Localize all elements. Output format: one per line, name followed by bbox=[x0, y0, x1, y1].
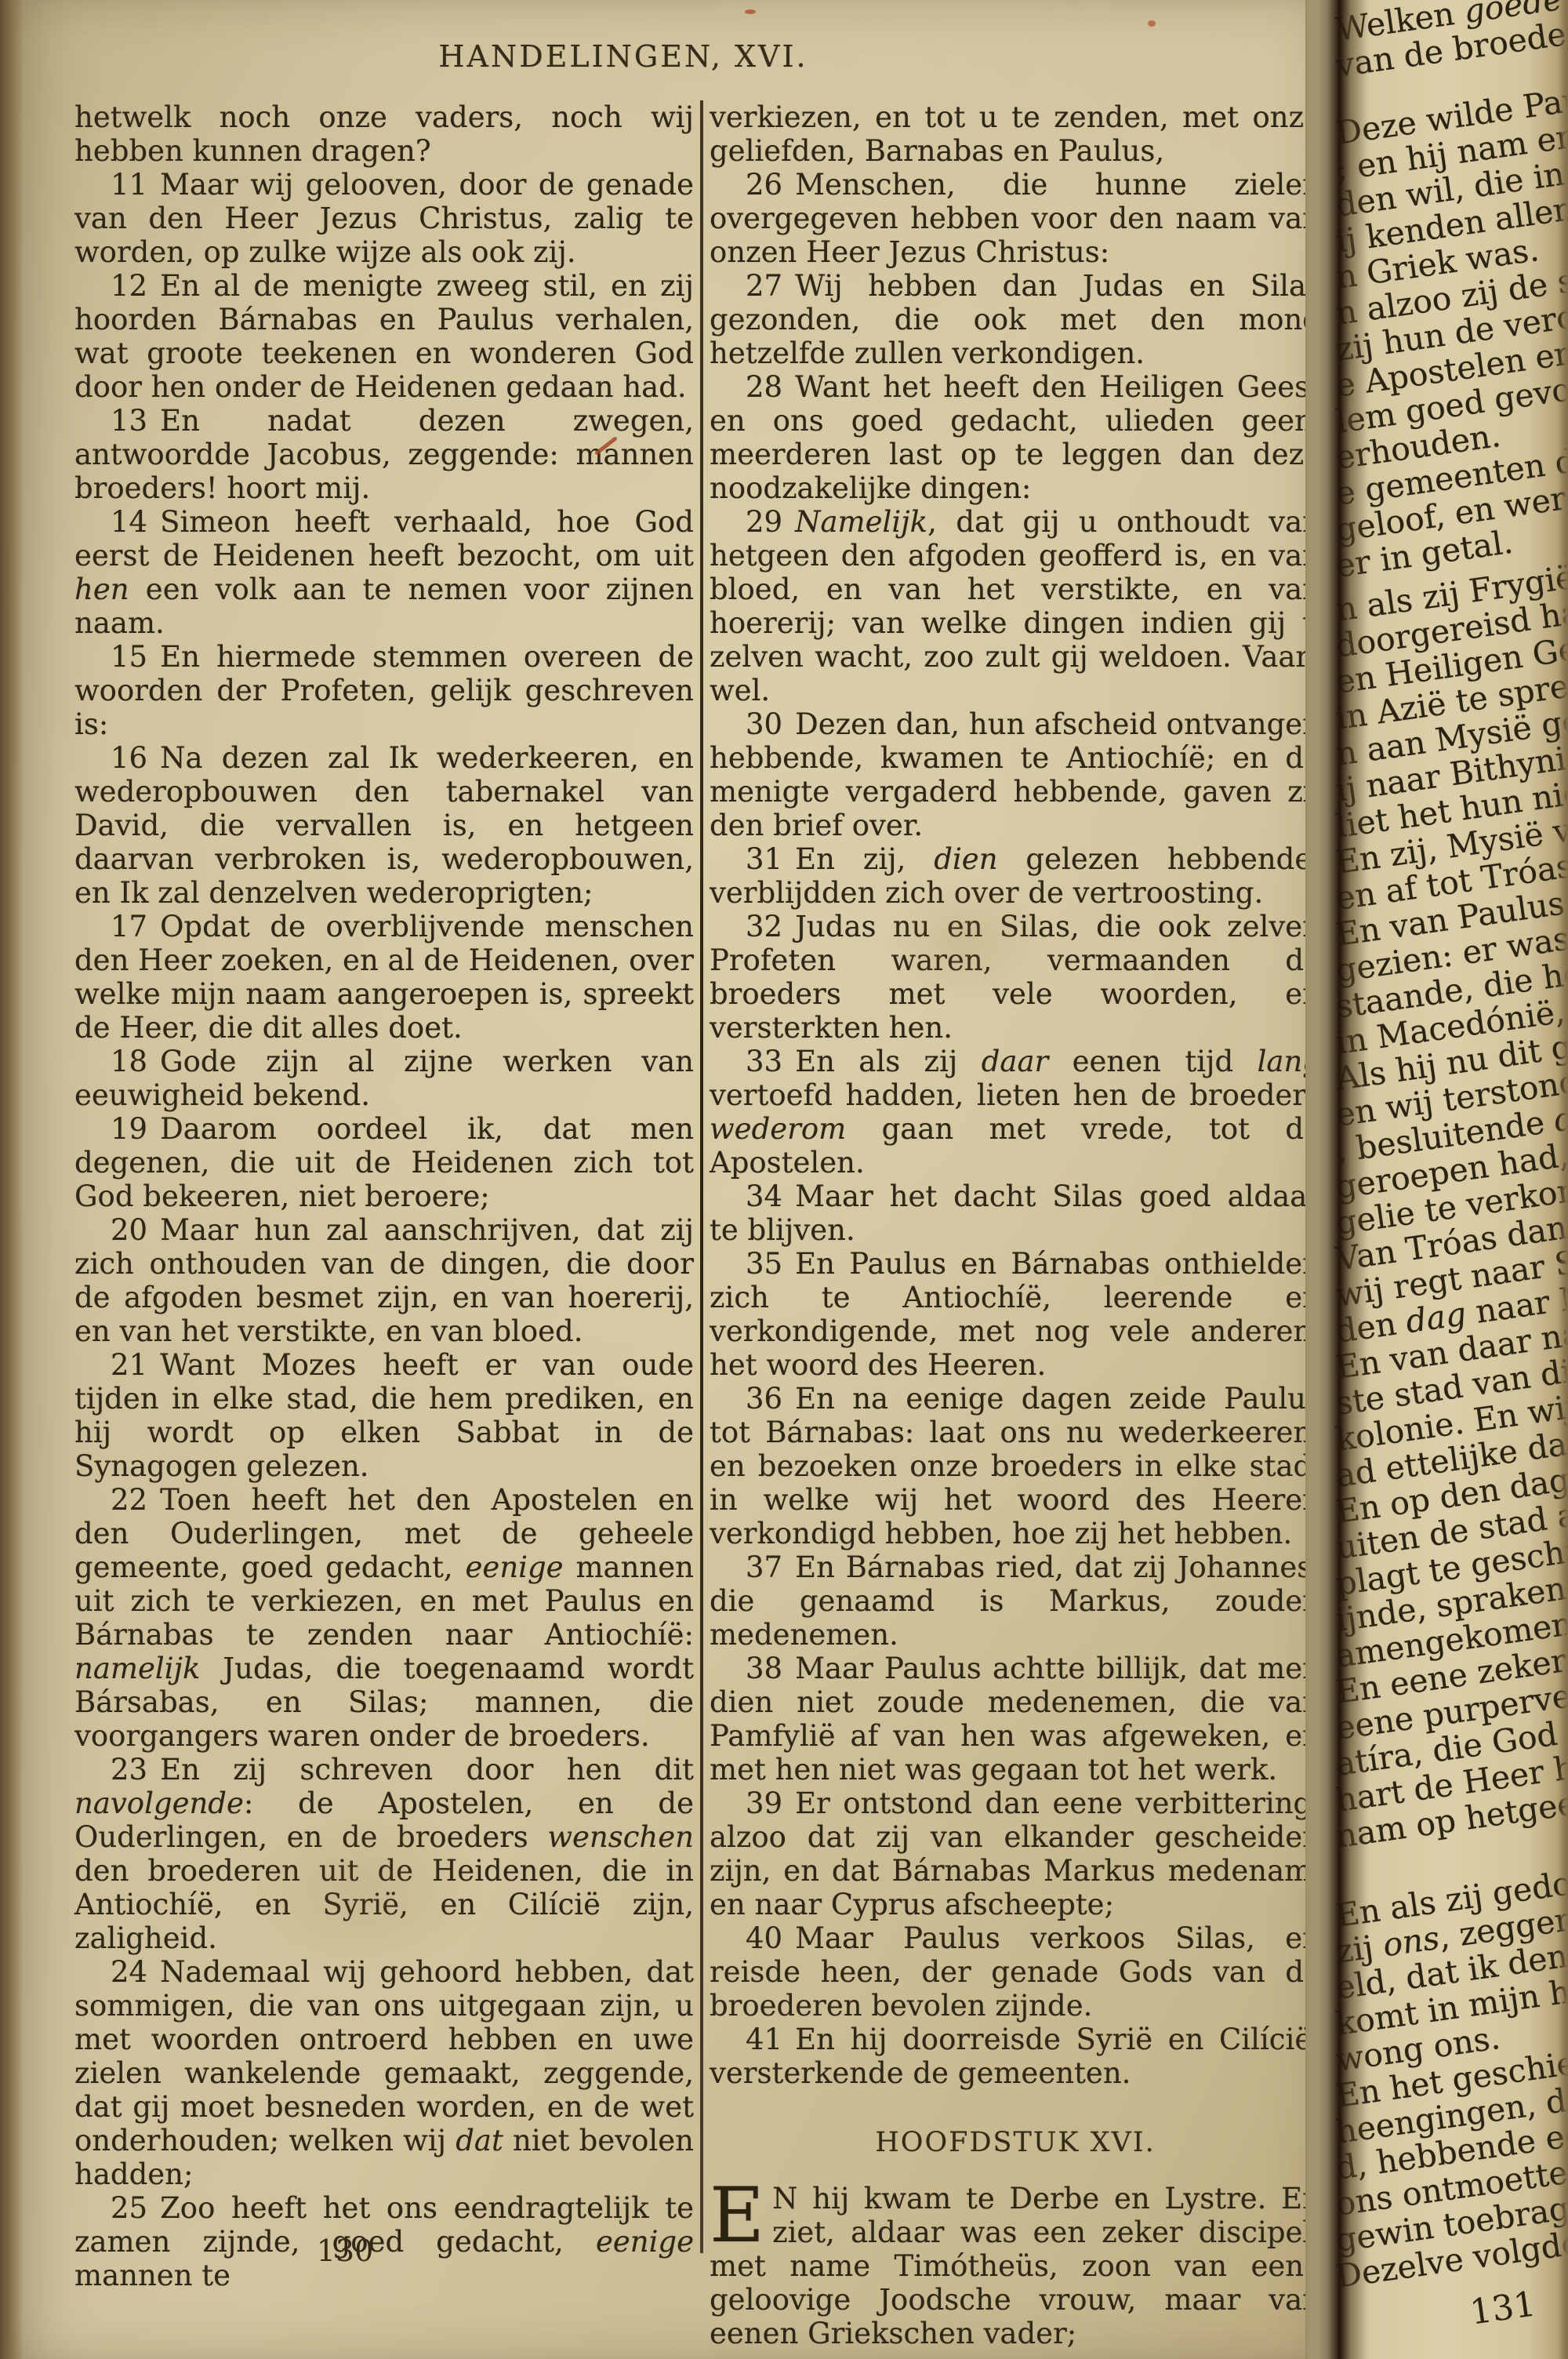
verse-text: Daarom oordeel ik, dat men degenen, die … bbox=[74, 1112, 694, 1213]
left-page: HANDELINGEN, XVI. hetwelk noch onze vade… bbox=[0, 0, 1333, 2359]
verse-text: Dezen dan, hun afscheid ontvangen hebben… bbox=[710, 707, 1321, 842]
verse-number: 18 bbox=[111, 1045, 160, 1078]
verse-continuation: verkiezen, en tot u te zenden, met onze … bbox=[710, 100, 1321, 168]
page-header: HANDELINGEN, XVI. bbox=[0, 39, 1247, 74]
verse-text: Nademaal wij gehoord hebben, dat sommige… bbox=[74, 1955, 694, 2191]
verse-number: 31 bbox=[746, 842, 795, 876]
verse-number: 17 bbox=[111, 910, 160, 943]
verse-number: 30 bbox=[746, 707, 795, 741]
verse-text: Maar het dacht Silas goed aldaar te blij… bbox=[710, 1179, 1321, 1247]
verse-15: 15En hiermede stemmen overeen de woorden… bbox=[74, 640, 694, 741]
scan-left-edge bbox=[0, 0, 24, 2359]
verse-text: En Bárnabas ried, dat zij Johannes, die … bbox=[710, 1550, 1321, 1652]
verse-number: 40 bbox=[746, 1921, 795, 1955]
verse-text: Maar wij gelooven, door de genade van de… bbox=[74, 168, 694, 269]
text-column-right: verkiezen, en tot u te zenden, met onze … bbox=[710, 100, 1321, 2350]
verse-number: 33 bbox=[746, 1045, 795, 1078]
verse-text: Namelijk, dat gij u onthoudt van hetgeen… bbox=[710, 505, 1321, 707]
verse-12: 12En al de menigte zweeg stil, en zij ho… bbox=[74, 269, 694, 404]
verse-text: Want Mozes heeft er van oude tijden in e… bbox=[74, 1348, 694, 1483]
verse-28: 28Want het heeft den Heiligen Geest en o… bbox=[710, 370, 1321, 505]
verse-text: Opdat de overblijvende menschen den Heer… bbox=[74, 910, 694, 1045]
verse-27: 27Wij hebben dan Judas en Silas gezonden… bbox=[710, 269, 1321, 370]
drop-cap-letter: E bbox=[710, 2182, 772, 2246]
verse-number: 24 bbox=[111, 1955, 160, 1989]
verse-text: Simeon heeft verhaald, hoe God eerst de … bbox=[74, 505, 694, 640]
verse-number: 13 bbox=[111, 404, 160, 438]
verse-35: 35En Paulus en Bárnabas onthielden zich … bbox=[710, 1247, 1321, 1382]
column-divider-rule bbox=[700, 100, 703, 2253]
verse-22: 22Toen heeft het den Apostelen en den Ou… bbox=[74, 1483, 694, 1753]
scanned-bible-page: HANDELINGEN, XVI. hetwelk noch onze vade… bbox=[0, 0, 1568, 2359]
verse-39: 39Er ontstond dan eene verbittering, alz… bbox=[710, 1787, 1321, 1921]
verse-text: En hiermede stemmen overeen de woorden d… bbox=[74, 640, 694, 741]
verse-number: 22 bbox=[111, 1483, 160, 1517]
verse-11: 11Maar wij gelooven, door de genade van … bbox=[74, 168, 694, 269]
verse-text: En als zij daar eenen tijd lang vertoefd… bbox=[710, 1045, 1321, 1179]
paper-stain bbox=[878, 878, 1051, 1004]
verse-text: Maar hun zal aanschrijven, dat zij zich … bbox=[74, 1213, 694, 1348]
verse-text: hetwelk noch onze vaders, noch wij hebbe… bbox=[74, 100, 694, 168]
verse-text: Want het heeft den Heiligen Geest en ons… bbox=[710, 370, 1321, 505]
verse-number: 15 bbox=[111, 640, 160, 674]
page-number: 130 bbox=[0, 2234, 690, 2268]
verse-38: 38Maar Paulus achtte billijk, dat men di… bbox=[710, 1652, 1321, 1787]
paper-stain bbox=[235, 1804, 486, 1976]
verse-text: En hij doorreisde Syrië en Cilícië, vers… bbox=[710, 2023, 1321, 2090]
verse-number: 28 bbox=[746, 370, 795, 404]
verse-continuation: hetwelk noch onze vaders, noch wij hebbe… bbox=[74, 100, 694, 168]
next-page-number: 131 bbox=[1468, 2284, 1538, 2332]
page-gutter-shadow bbox=[1308, 0, 1369, 2359]
verse-number: 11 bbox=[111, 168, 160, 202]
verse-text: Toen heeft het den Apostelen en den Oude… bbox=[74, 1483, 694, 1753]
verse-17: 17Opdat de overblijvende menschen den He… bbox=[74, 910, 694, 1045]
chapter16-verse-1: EN hij kwam te Derbe en Lystre. En ziet,… bbox=[710, 2182, 1321, 2350]
verse-number: 37 bbox=[746, 1550, 795, 1584]
verse-number: 34 bbox=[746, 1179, 795, 1213]
verse-number: 38 bbox=[746, 1652, 795, 1685]
verse-number: 32 bbox=[746, 910, 795, 943]
verse-number: 23 bbox=[111, 1753, 160, 1787]
verse-40: 40Maar Paulus verkoos Silas, en reisde h… bbox=[710, 1921, 1321, 2023]
verse-text: Er ontstond dan eene verbittering, alzoo… bbox=[710, 1787, 1321, 1921]
verse-29: 29Namelijk, dat gij u onthoudt van hetge… bbox=[710, 505, 1321, 707]
verse-14: 14Simeon heeft verhaald, hoe God eerst d… bbox=[74, 505, 694, 640]
verse-36: 36En na eenige dagen zeide Paulus tot Bá… bbox=[710, 1382, 1321, 1550]
verse-text: En Paulus en Bárnabas onthielden zich te… bbox=[710, 1247, 1321, 1382]
verse-19: 19Daarom oordeel ik, dat men degenen, di… bbox=[74, 1112, 694, 1213]
verse-41: 41En hij doorreisde Syrië en Cilícië, ve… bbox=[710, 2023, 1321, 2090]
verse-number: 29 bbox=[746, 505, 795, 539]
verse-text: En na eenige dagen zeide Paulus tot Bárn… bbox=[710, 1382, 1321, 1550]
verse-18: 18Gode zijn al zijne werken van eeuwighe… bbox=[74, 1045, 694, 1112]
verse-number: 41 bbox=[746, 2023, 795, 2056]
verse-37: 37En Bárnabas ried, dat zij Johannes, di… bbox=[710, 1550, 1321, 1652]
verse-number: 19 bbox=[111, 1112, 160, 1146]
verse-26: 26Menschen, die hunne zielen overgegeven… bbox=[710, 168, 1321, 269]
scan-right-edge bbox=[1557, 0, 1568, 2359]
chapter-heading: HOOFDSTUK XVI. bbox=[710, 2126, 1321, 2160]
verse-33: 33En als zij daar eenen tijd lang vertoe… bbox=[710, 1045, 1321, 1179]
verse-number: 20 bbox=[111, 1213, 160, 1247]
verse-text: Wij hebben dan Judas en Silas gezonden, … bbox=[710, 269, 1321, 370]
verse-text: En al de menigte zweeg stil, en zij hoor… bbox=[74, 269, 694, 404]
verse-number: 14 bbox=[111, 505, 160, 539]
red-speck bbox=[1148, 20, 1156, 27]
verse-number: 26 bbox=[746, 168, 795, 202]
verse-text: En nadat dezen zwegen, antwoordde Jacobu… bbox=[74, 404, 694, 505]
verse-24: 24Nademaal wij gehoord hebben, dat sommi… bbox=[74, 1955, 694, 2191]
verse-number: 36 bbox=[746, 1382, 795, 1416]
verse-number: 16 bbox=[111, 741, 160, 775]
verse-number: 27 bbox=[746, 269, 795, 303]
verse-text: Menschen, die hunne zielen overgegeven h… bbox=[710, 168, 1321, 269]
next-page-text: Welken goede getuvan de broederen teDeze… bbox=[1337, 12, 1568, 2295]
verse-number: 12 bbox=[111, 269, 160, 303]
verse-text: Na dezen zal Ik wederkeeren, en wederopb… bbox=[74, 741, 694, 910]
verse-16: 16Na dezen zal Ik wederkeeren, en wedero… bbox=[74, 741, 694, 910]
verse-text: Gode zijn al zijne werken van eeuwigheid… bbox=[74, 1045, 694, 1112]
verse-number: 35 bbox=[746, 1247, 795, 1281]
verse-number: 21 bbox=[111, 1348, 160, 1382]
verse-text: Maar Paulus achtte billijk, dat men dien… bbox=[710, 1652, 1321, 1787]
red-speck bbox=[745, 9, 756, 14]
verse-number: 25 bbox=[111, 2191, 160, 2225]
verse-34: 34Maar het dacht Silas goed aldaar te bl… bbox=[710, 1179, 1321, 1247]
verse-text: Maar Paulus verkoos Silas, en reisde hee… bbox=[710, 1921, 1321, 2023]
verse-20: 20Maar hun zal aanschrijven, dat zij zic… bbox=[74, 1213, 694, 1348]
verse-text: verkiezen, en tot u te zenden, met onze … bbox=[710, 100, 1321, 168]
verses-right: verkiezen, en tot u te zenden, met onze … bbox=[710, 100, 1321, 2090]
verse-text: N hij kwam te Derbe en Lystre. En ziet, … bbox=[710, 2182, 1321, 2350]
verse-30: 30Dezen dan, hun afscheid ontvangen hebb… bbox=[710, 707, 1321, 842]
verse-number: 39 bbox=[746, 1787, 795, 1820]
verse-21: 21Want Mozes heeft er van oude tijden in… bbox=[74, 1348, 694, 1483]
verse-13: 13En nadat dezen zwegen, antwoordde Jaco… bbox=[74, 404, 694, 505]
